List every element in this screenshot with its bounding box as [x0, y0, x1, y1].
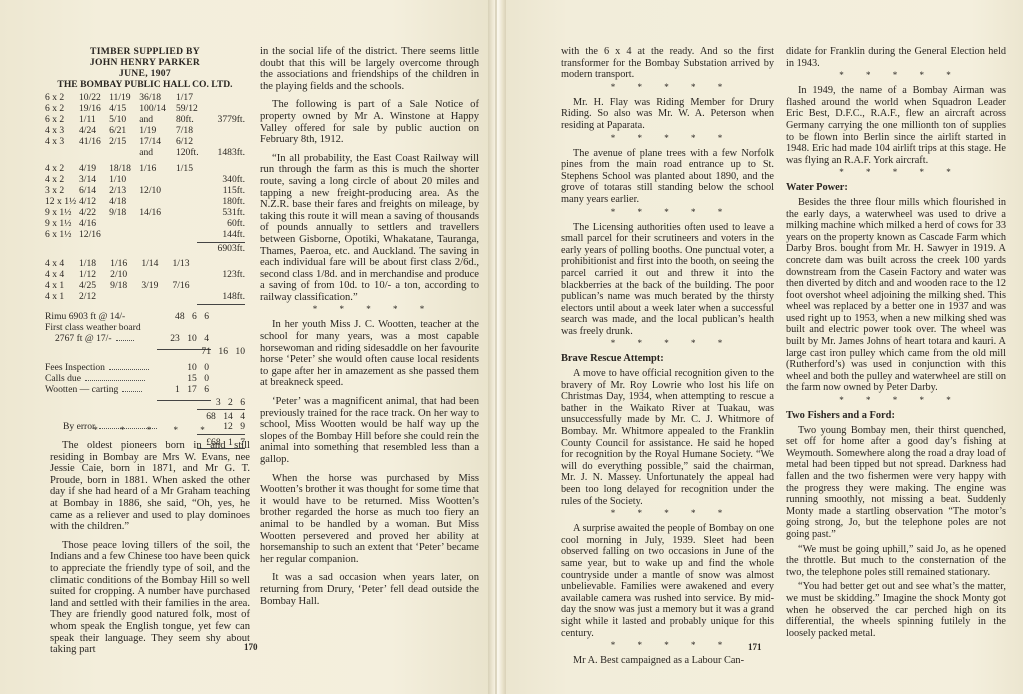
- timber-cell-c4: [176, 196, 207, 207]
- timber-cell-c1: 4/24: [79, 125, 109, 136]
- timber-row: 12 x 1½4/124/18180ft.: [45, 196, 245, 207]
- timber-cell-size: 9 x 1½: [45, 207, 79, 218]
- timber-cell-size: 4 x 3: [45, 136, 79, 147]
- timber-cell-c1: 4/19: [79, 158, 109, 174]
- timber-cell-c2: 1/16: [110, 258, 141, 269]
- timber-title-3: JUNE, 1907: [45, 68, 245, 79]
- timber-row: 9 x 1½4/229/1814/16531ft.: [45, 207, 245, 218]
- timber-cell-c4: [176, 207, 207, 218]
- timber-cell-c4: 1/15: [176, 158, 207, 174]
- timber-cell-c1: 1/18: [79, 258, 110, 269]
- timber-cell-c4: 59/12: [176, 103, 207, 114]
- timber-cell-total: 1483ft.: [207, 147, 245, 158]
- timber-cell-c4: [172, 269, 203, 280]
- timber-cell-c1: 6/14: [79, 185, 109, 196]
- timber-cell-c4: [176, 229, 207, 240]
- timber-cell-size: 4 x 2: [45, 158, 79, 174]
- timber-cell-c3: [141, 269, 172, 280]
- timber-cell-total: 3779ft.: [207, 114, 245, 125]
- paragraph-flay: Mr. H. Flay was Riding Member for Drury …: [561, 97, 774, 132]
- page-number-left: 170: [244, 642, 258, 652]
- section-separator: * * * * *: [786, 167, 1006, 177]
- timber-cell-c3: 1/14: [141, 258, 172, 269]
- timber-cell-total: [204, 280, 245, 291]
- timber-table: TIMBER SUPPLIED BY JOHN HENRY PARKER JUN…: [45, 46, 245, 448]
- timber-cell-c2: 18/18: [109, 158, 139, 174]
- timber-cell-total: [207, 92, 245, 103]
- timber-title-4: THE BOMBAY PUBLIC HALL CO. LTD.: [45, 79, 245, 90]
- timber-cell-c1: 2/12: [79, 291, 110, 302]
- timber-cell-total: 148ft.: [204, 291, 245, 302]
- timber-cell-total: 340ft.: [207, 174, 245, 185]
- timber-cell-size: 4 x 1: [45, 291, 79, 302]
- timber-cell-c1: 4/12: [79, 196, 109, 207]
- ledger-row-rimu: Rimu 6903 ft @ 14/- 48 6 6: [45, 311, 245, 322]
- timber-cell-c3: 1/19: [139, 125, 176, 136]
- timber-cell-c2: 2/15: [109, 136, 139, 147]
- timber-cell-size: [45, 147, 79, 158]
- timber-cell-total: [207, 158, 245, 174]
- timber-cell-c4: 120ft.: [176, 147, 207, 158]
- timber-cell-c1: 19/16: [79, 103, 109, 114]
- timber-cell-size: 6 x 2: [45, 114, 79, 125]
- timber-cell-c2: [109, 229, 139, 240]
- timber-cell-c2: 2/13: [109, 185, 139, 196]
- timber-cell-c3: [139, 218, 176, 229]
- timber-cell-c4: 7/16: [172, 280, 203, 291]
- paragraph-uphill: “We must be going uphill,” said Jo, as h…: [786, 544, 1006, 579]
- paragraph-miss-wootten: In her youth Miss J. C. Wootten, teacher…: [260, 319, 479, 389]
- timber-cell-c3: [139, 196, 176, 207]
- paragraph-snow: A surprise awaited the people of Bombay …: [561, 523, 774, 639]
- timber-cell-c3: 36/18: [139, 92, 176, 103]
- timber-cell-c1: 4/16: [79, 218, 109, 229]
- timber-cell-c3: 14/16: [139, 207, 176, 218]
- timber-cell-size: 3 x 2: [45, 185, 79, 196]
- timber-row: 4 x 41/122/10123ft.: [45, 269, 245, 280]
- timber-cell-total: 531ft.: [207, 207, 245, 218]
- heading-brave-rescue: Brave Rescue Attempt:: [561, 353, 774, 365]
- book-gutter: [488, 0, 508, 694]
- timber-cell-size: 4 x 3: [45, 125, 79, 136]
- timber-cell-c4: 1/17: [176, 92, 207, 103]
- timber-cell-c1: 12/16: [79, 229, 109, 240]
- section-separator: * * * * *: [561, 338, 774, 348]
- timber-cell-c1: 41/16: [79, 136, 109, 147]
- timber-cell-total: 144ft.: [207, 229, 245, 240]
- ledger-row-fees: Fees Inspection 10 0: [45, 362, 245, 373]
- timber-rows: 6 x 210/2211/1936/181/176 x 219/164/1510…: [45, 92, 245, 240]
- timber-cell-c4: 80ft.: [176, 114, 207, 125]
- timber-cell-size: 4 x 2: [45, 174, 79, 185]
- section-separator: * * * * *: [561, 82, 774, 92]
- heading-water-power: Water Power:: [786, 182, 1006, 194]
- timber-row: 4 x 41/181/161/141/13: [45, 258, 245, 269]
- timber-cell-c4: 7/18: [176, 125, 207, 136]
- paragraph-election: didate for Franklin during the General E…: [786, 46, 1006, 69]
- paragraph-peter-horse: ‘Peter’ was a magnificent animal, that h…: [260, 396, 479, 466]
- right-column-1-text: with the 6 x 4 at the ready. And so the …: [561, 46, 774, 674]
- right-page: with the 6 x 4 at the ready. And so the …: [506, 0, 1023, 694]
- timber-cell-size: 4 x 4: [45, 269, 79, 280]
- ledger-row-wootten: Wootten — carting 1 17 6: [45, 384, 245, 395]
- timber-cell-c2: 4/15: [109, 103, 139, 114]
- section-separator: * * * * *: [50, 425, 250, 435]
- section-separator: * * * * *: [561, 207, 774, 217]
- section-separator: * * * * *: [561, 640, 774, 650]
- timber-cell-c2: 9/18: [109, 207, 139, 218]
- timber-row: 4 x 12/12148ft.: [45, 291, 245, 302]
- ledger-row-calls: Calls due 15 0: [45, 373, 245, 384]
- timber-cell-c3: [141, 291, 172, 302]
- timber-cell-c4: 1/13: [172, 258, 203, 269]
- timber-cell-c3: and: [139, 147, 176, 158]
- timber-title-1: TIMBER SUPPLIED BY: [45, 46, 245, 57]
- timber-cell-c2: [110, 291, 141, 302]
- left-column-2-text: in the social life of the district. Ther…: [260, 46, 479, 614]
- timber-cell-c1: 4/25: [79, 280, 110, 291]
- timber-cell-c3: [139, 174, 176, 185]
- timber-cell-c4: [176, 174, 207, 185]
- timber-cell-total: 115ft.: [207, 185, 245, 196]
- timber-cell-c3: 1/16: [139, 158, 176, 174]
- timber-cell-c1: 4/22: [79, 207, 109, 218]
- timber-row: 6 x 1½12/16144ft.: [45, 229, 245, 240]
- timber-cell-total: 60ft.: [207, 218, 245, 229]
- timber-cell-c2: 4/18: [109, 196, 139, 207]
- timber-cell-total: [204, 258, 245, 269]
- timber-cell-c1: 1/12: [79, 269, 110, 280]
- section-separator: * * * * *: [786, 395, 1006, 405]
- paragraph-licensing: The Licensing authorities often used to …: [561, 222, 774, 338]
- ledger-row-weatherboard-2: 2767 ft @ 17/- 23 10 4: [45, 333, 245, 344]
- timber-rows-2: 4 x 41/181/161/141/134 x 41/122/10123ft.…: [45, 258, 245, 302]
- section-separator: * * * * *: [561, 133, 774, 143]
- timber-cell-c1: 10/22: [79, 92, 109, 103]
- section-separator: * * * * *: [260, 304, 479, 314]
- timber-row: 4 x 23/141/10340ft.: [45, 174, 245, 185]
- timber-cell-c3: [139, 229, 176, 240]
- paragraph-airman: In 1949, the name of a Bombay Airman was…: [786, 85, 1006, 166]
- timber-row: 3 x 26/142/1312/10115ft.: [45, 185, 245, 196]
- timber-cell-size: 6 x 1½: [45, 229, 79, 240]
- paragraph-rescue: A move to have official recognition give…: [561, 368, 774, 507]
- timber-subtotal: 6903ft.: [45, 243, 245, 254]
- timber-cell-total: [207, 125, 245, 136]
- timber-cell-c3: 12/10: [139, 185, 176, 196]
- timber-row: 4 x 24/1918/181/161/15: [45, 158, 245, 174]
- timber-cell-c2: [109, 218, 139, 229]
- paragraph-waterwheel: Besides the three flour mills which flou…: [786, 197, 1006, 394]
- paragraph-skidding: “You had better get out and see what’s t…: [786, 581, 1006, 639]
- timber-cell-c4: [176, 218, 207, 229]
- timber-cell-c2: [109, 147, 139, 158]
- ledger-row-gross: 68 14 4: [45, 408, 245, 421]
- timber-cell-c4: 6/12: [176, 136, 207, 147]
- timber-cell-total: [207, 136, 245, 147]
- left-column-1-text: * * * * * The oldest pioneers born in an…: [50, 424, 250, 663]
- section-separator: * * * * *: [786, 70, 1006, 80]
- timber-cell-c3: 3/19: [141, 280, 172, 291]
- paragraph-transformer: with the 6 x 4 at the ready. And so the …: [561, 46, 774, 81]
- timber-cell-c3: and: [139, 114, 176, 125]
- timber-cell-total: [207, 103, 245, 114]
- timber-cell-c2: 11/19: [109, 92, 139, 103]
- timber-cell-c1: [79, 147, 109, 158]
- left-page: TIMBER SUPPLIED BY JOHN HENRY PARKER JUN…: [0, 0, 490, 694]
- paragraph-plane-trees: The avenue of plane trees with a few Nor…: [561, 148, 774, 206]
- paragraph-railway-quote: “In all probability, the East Coast Rail…: [260, 153, 479, 304]
- timber-cell-c1: 3/14: [79, 174, 109, 185]
- timber-cell-c2: 9/18: [110, 280, 141, 291]
- timber-cell-c3: 100/14: [139, 103, 176, 114]
- ledger-row-subtotal-2: 3 2 6: [45, 395, 245, 408]
- gutter-fold: [495, 0, 497, 694]
- book-spread: TIMBER SUPPLIED BY JOHN HENRY PARKER JUN…: [0, 0, 1023, 694]
- timber-cell-size: 4 x 1: [45, 280, 79, 291]
- subtotal-rule-2: [197, 304, 245, 305]
- paragraph-fishers: Two young Bombay men, their thirst quenc…: [786, 425, 1006, 541]
- timber-cell-total: 180ft.: [207, 196, 245, 207]
- timber-row: 6 x 21/115/10and80ft.3779ft.: [45, 114, 245, 125]
- timber-cell-size: 9 x 1½: [45, 218, 79, 229]
- timber-cell-c4: [172, 291, 203, 302]
- ledger-row-subtotal-1: 71 16 10: [45, 344, 245, 357]
- heading-two-fishers: Two Fishers and a Ford:: [786, 410, 1006, 422]
- paragraph-oldest-pioneers: The oldest pioneers born in and still re…: [50, 440, 250, 533]
- timber-cell-c1: 1/11: [79, 114, 109, 125]
- timber-cell-c2: 6/21: [109, 125, 139, 136]
- timber-row: 4 x 14/259/183/197/16: [45, 280, 245, 291]
- paragraph-sale-notice: The following is part of a Sale Notice o…: [260, 99, 479, 145]
- section-separator: * * * * *: [561, 508, 774, 518]
- timber-cell-size: 6 x 2: [45, 92, 79, 103]
- paragraph-indians-chinese: Those peace loving tillers of the soil, …: [50, 540, 250, 656]
- paragraph-social-life: in the social life of the district. Ther…: [260, 46, 479, 92]
- timber-row: 4 x 34/246/211/197/18: [45, 125, 245, 136]
- timber-cell-c3: 17/14: [139, 136, 176, 147]
- page-number-right: 171: [748, 642, 762, 652]
- timber-cell-c2: 2/10: [110, 269, 141, 280]
- timber-cell-c2: 1/10: [109, 174, 139, 185]
- timber-row: 6 x 219/164/15100/1459/12: [45, 103, 245, 114]
- timber-title-2: JOHN HENRY PARKER: [45, 57, 245, 68]
- paragraph-sad-occasion: It was a sad occasion when years later, …: [260, 572, 479, 607]
- timber-row: and120ft.1483ft.: [45, 147, 245, 158]
- paragraph-best-campaign: Mr A. Best campaigned as a Labour Can-: [561, 655, 774, 667]
- timber-cell-size: 12 x 1½: [45, 196, 79, 207]
- timber-row: 9 x 1½4/1660ft.: [45, 218, 245, 229]
- ledger-row-weatherboard-1: First class weather board: [45, 322, 245, 333]
- timber-cell-c2: 5/10: [109, 114, 139, 125]
- timber-cell-total: 123ft.: [204, 269, 245, 280]
- timber-row: 6 x 210/2211/1936/181/17: [45, 92, 245, 103]
- timber-row: 4 x 341/162/1517/146/12: [45, 136, 245, 147]
- timber-cell-size: 6 x 2: [45, 103, 79, 114]
- paragraph-horse-purchased: When the horse was purchased by Miss Woo…: [260, 473, 479, 566]
- timber-cell-size: 4 x 4: [45, 258, 79, 269]
- right-column-2-text: didate for Franklin during the General E…: [786, 46, 1006, 646]
- timber-cell-c4: [176, 185, 207, 196]
